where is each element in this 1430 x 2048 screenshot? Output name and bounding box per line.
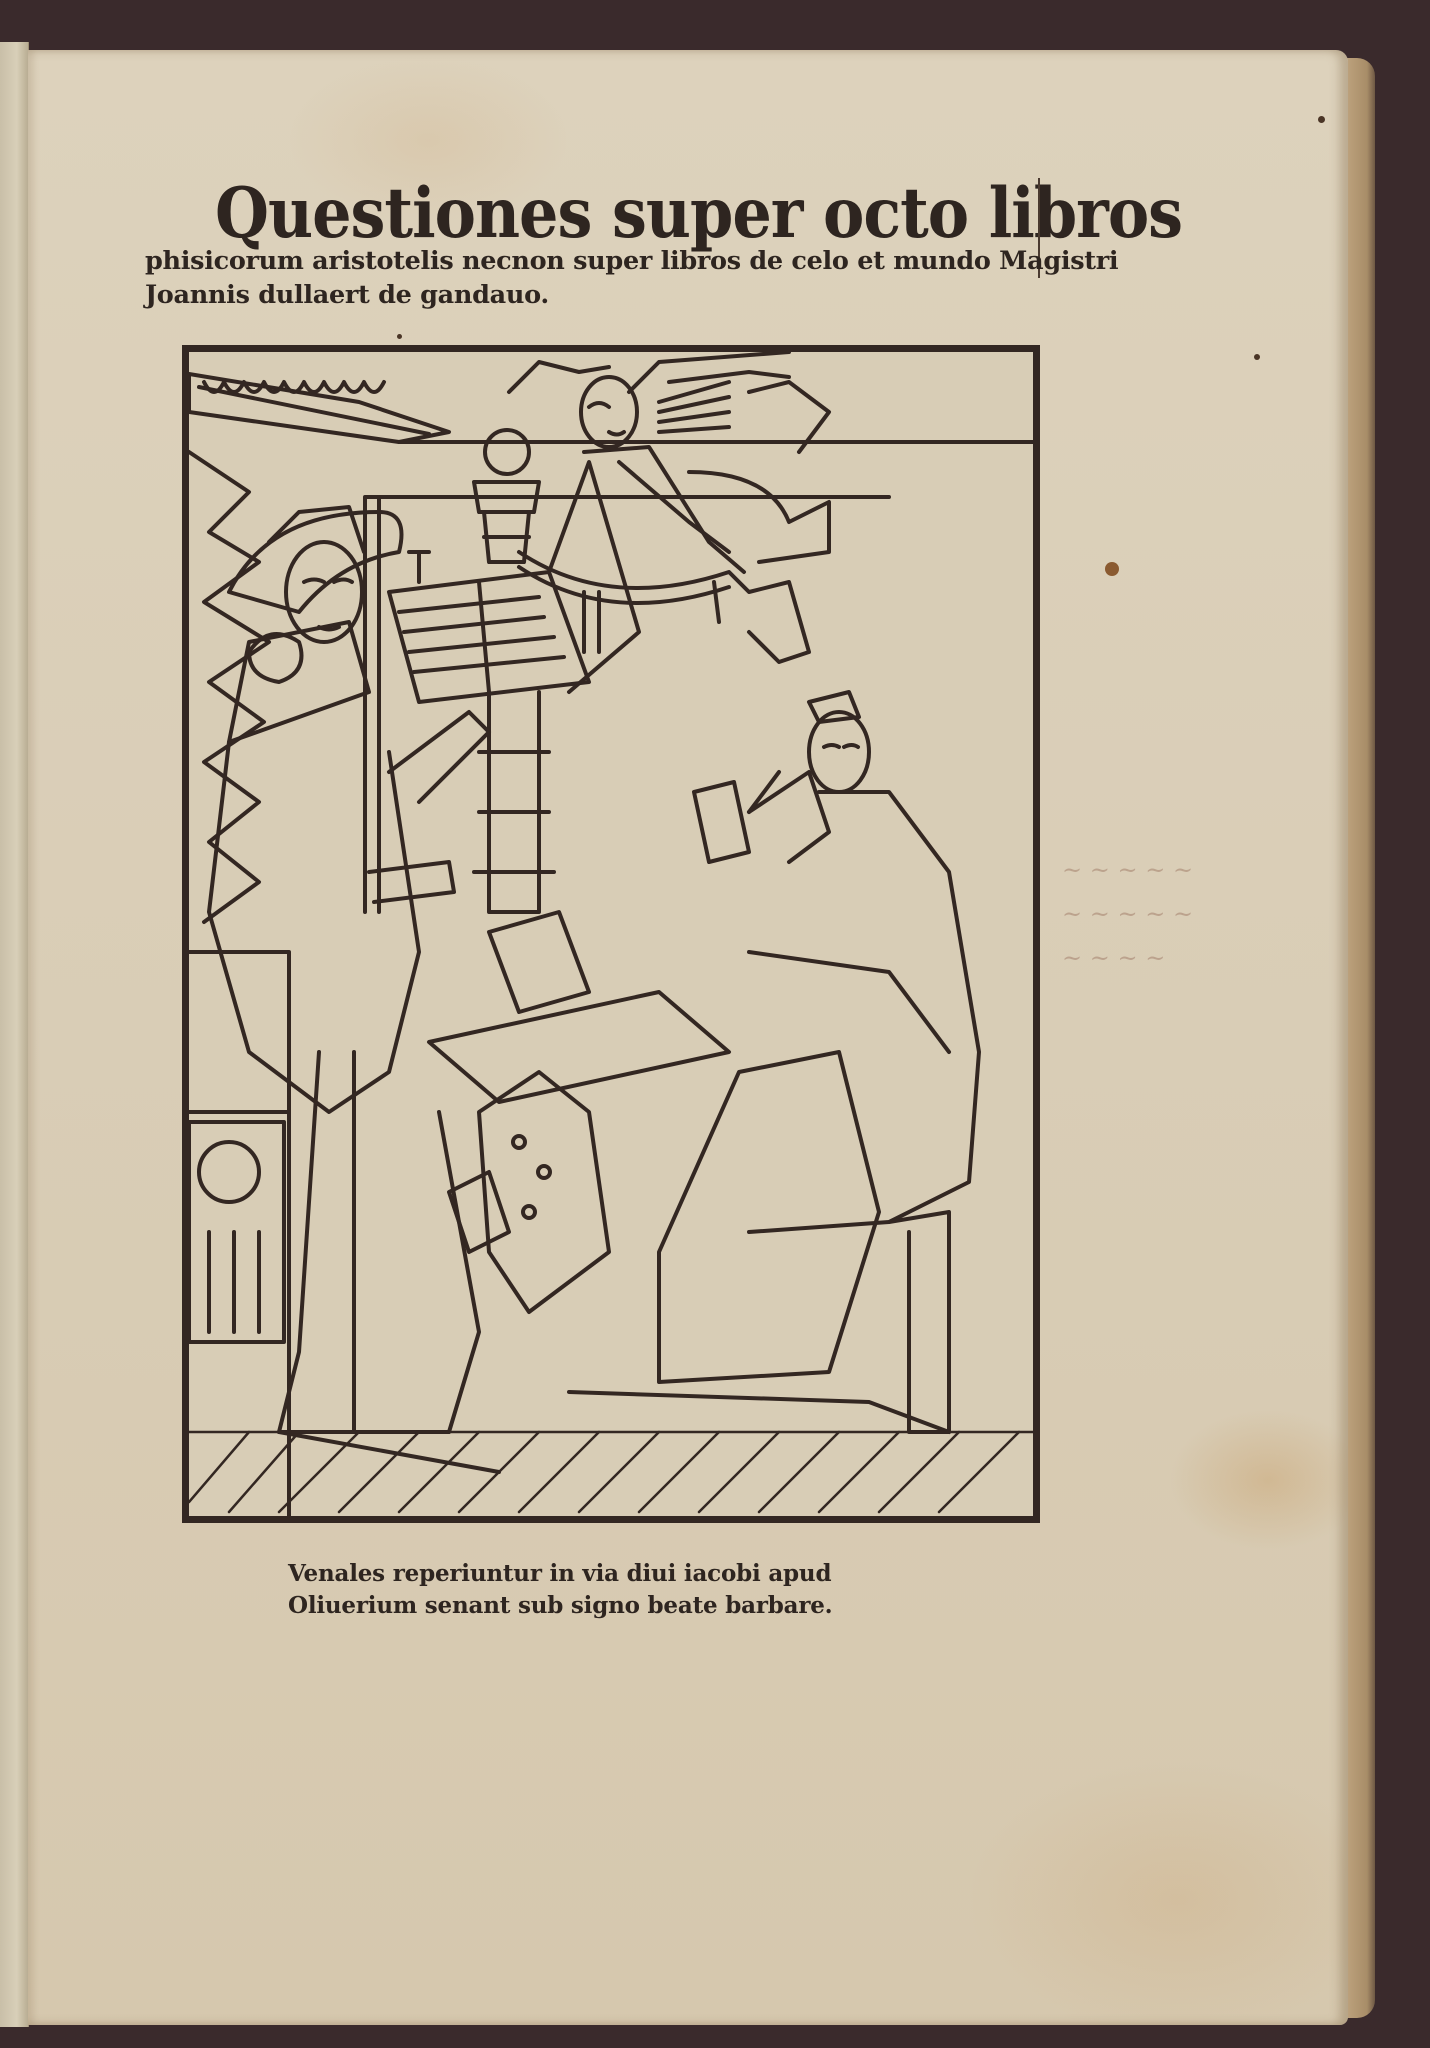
floor-hatching-icon: [189, 1432, 1033, 1512]
table-books-icon: [429, 912, 729, 1312]
marginalia-line: ~ ~ ~ ~: [1062, 936, 1332, 980]
handwritten-marginalia: ~ ~ ~ ~ ~ ~ ~ ~ ~ ~ ~ ~ ~ ~: [1062, 848, 1332, 980]
ink-spot: [397, 334, 402, 339]
woodcut-illustration: [182, 345, 1040, 1523]
subtitle-line-1: phisicorum aristotelis necnon super libr…: [145, 246, 1118, 276]
imprint-line-2: Oliuerium senant sub signo beate barbare…: [288, 1592, 832, 1619]
woodcut-drawing: [189, 352, 1033, 1516]
facing-page-edge: [0, 42, 29, 2027]
imprint-line-1: Venales reperiuntur in via diui iacobi a…: [288, 1560, 831, 1587]
ink-spot: [1318, 116, 1325, 123]
angel-figure-icon: [509, 352, 829, 572]
ink-spot: [1105, 562, 1119, 576]
ink-spot: [1254, 354, 1260, 360]
marginalia-line: ~ ~ ~ ~ ~: [1062, 892, 1332, 936]
scribe-figure-icon: [569, 692, 979, 1432]
lectern-book-icon: [389, 462, 639, 912]
foliage-column-icon: [189, 452, 402, 1516]
marginalia-line: ~ ~ ~ ~ ~: [1062, 848, 1332, 892]
subtitle-line-2: Joannis dullaert de gandauo.: [145, 280, 549, 310]
tracery-window-icon: [189, 1122, 284, 1342]
